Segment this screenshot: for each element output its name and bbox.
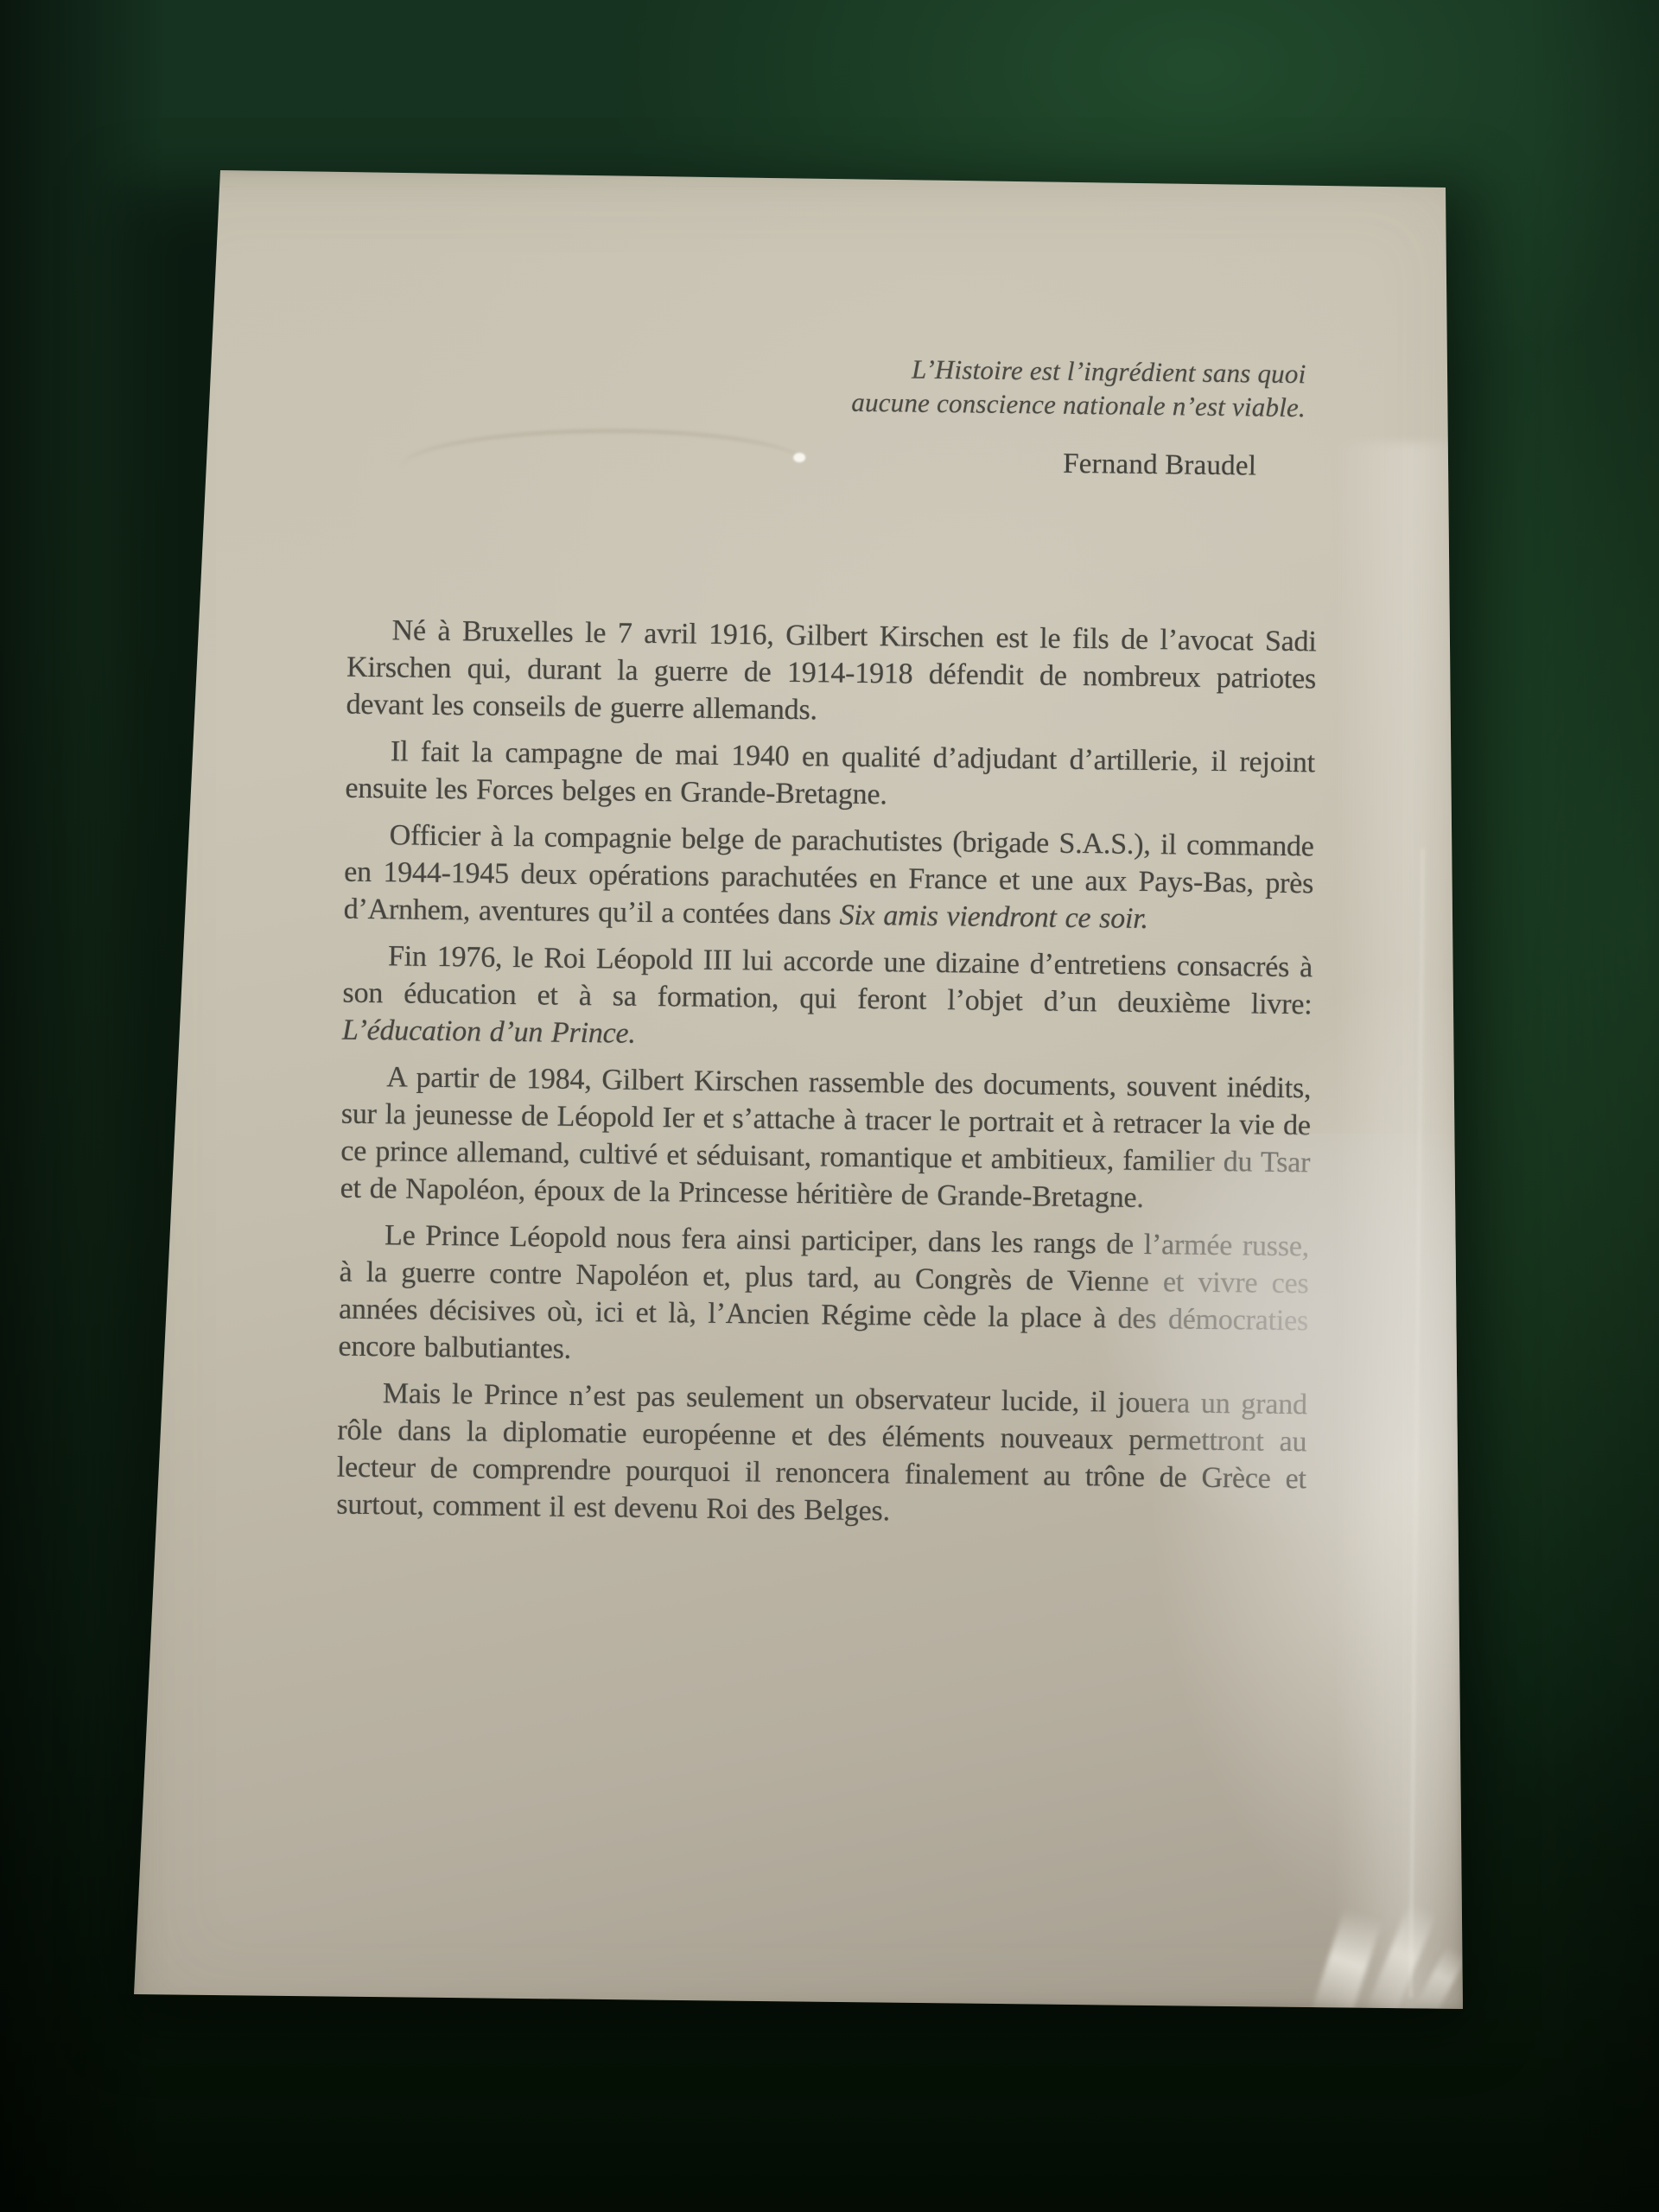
text-segment: Né à Bruxelles le 7 avril 1916, Gilbert … — [346, 614, 1316, 726]
text-segment-italic: L’éducation d’un Prince. — [342, 1014, 636, 1050]
white-speck-mark — [793, 453, 805, 462]
paragraph-7: Mais le Prince n’est pas seulement un ob… — [336, 1375, 1307, 1535]
book-back-cover: L’Histoire est l’ingrédient sans quoi au… — [130, 166, 1471, 2017]
back-blurb: Né à Bruxelles le 7 avril 1916, Gilbert … — [336, 612, 1317, 1545]
cover-content: L’Histoire est l’ingrédient sans quoi au… — [107, 165, 1471, 2032]
paragraph-4: Fin 1976, le Roi Léopold III lui accorde… — [342, 938, 1313, 1061]
paragraph-1: Né à Bruxelles le 7 avril 1916, Gilbert … — [346, 612, 1316, 735]
paragraph-3: Officier à la compagnie belge de parachu… — [343, 817, 1313, 940]
paragraph-2: Il fait la campagne de mai 1940 en quali… — [345, 733, 1315, 819]
text-segment: Officier à la compagnie belge de parachu… — [344, 819, 1314, 931]
text-segment: Fin 1976, le Roi Léopold III lui accorde… — [342, 940, 1313, 1020]
paragraph-6: Le Prince Léopold nous fera ainsi partic… — [338, 1217, 1309, 1377]
text-segment: Il fait la campagne de mai 1940 en quali… — [345, 735, 1315, 810]
photo-scene: L’Histoire est l’ingrédient sans quoi au… — [0, 0, 1659, 2212]
epigraph-line: aucune conscience nationale n’est viable… — [718, 384, 1306, 424]
paragraph-5: A partir de 1984, Gilbert Kirschen rasse… — [340, 1058, 1312, 1219]
text-segment: A partir de 1984, Gilbert Kirschen rasse… — [340, 1061, 1312, 1214]
text-segment: Mais le Prince n’est pas seulement un ob… — [336, 1377, 1307, 1527]
text-segment-italic: Six amis viendront ce soir. — [839, 899, 1148, 935]
text-segment: Le Prince Léopold nous fera ainsi partic… — [338, 1219, 1309, 1365]
